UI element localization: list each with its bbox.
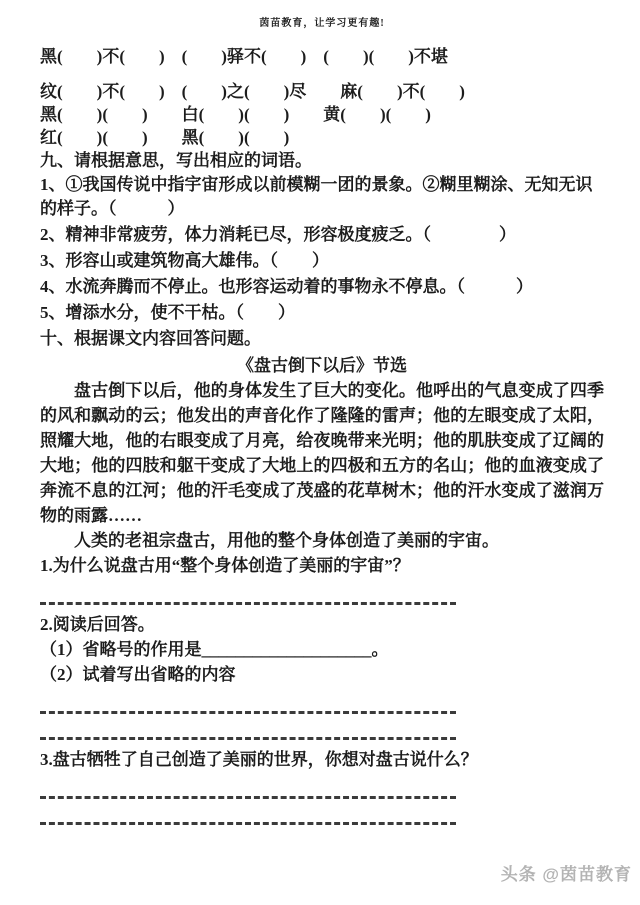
answer-line (40, 721, 456, 740)
fill-blank-line-1: 黑( )不( ) ( )驿不( ) ( )( )不堪 (40, 45, 604, 68)
definition-item-2: 2、精神非常疲劳，体力消耗已尽，形容极度疲乏。（ ） (40, 223, 604, 247)
answer-line (40, 806, 456, 825)
worksheet-page: 茵苗教育，让学习更有趣! 黑( )不( ) ( )驿不( ) ( )( )不堪 … (0, 0, 640, 825)
question-3: 3.盘古牺牲了自己创造了美丽的世界，你想对盘古说什么？ (40, 747, 604, 772)
definition-item-3: 3、形容山或建筑物高大雄伟。（ ） (40, 249, 604, 273)
answer-line (40, 586, 456, 605)
header-slogan: 茵苗教育，让学习更有趣! (40, 14, 604, 29)
question-1: 1.为什么说盘古用“整个身体创造了美丽的宇宙”？ (40, 553, 604, 578)
answer-line (40, 780, 456, 799)
question-2-sub-1: （1）省略号的作用是____________________。 (40, 637, 604, 662)
passage-closing: 人类的老祖宗盘古，用他的整个身体创造了美丽的宇宙。 (40, 528, 604, 553)
definition-item-5: 5、增添水分，使不干枯。（ ） (40, 301, 604, 325)
section-nine-heading: 九、请根据意思，写出相应的词语。 (40, 149, 604, 173)
passage-paragraph: 盘古倒下以后，他的身体发生了巨大的变化。他呼出的气息变成了四季的风和飘动的云；他… (40, 378, 604, 528)
question-2-sub-2: （2）试着写出省略的内容 (40, 662, 604, 687)
passage-title: 《盘古倒下以后》节选 (40, 353, 604, 378)
question-2: 2.阅读后回答。 (40, 612, 604, 637)
section-ten-heading: 十、根据课文内容回答问题。 (40, 327, 604, 351)
answer-line (40, 695, 456, 714)
fill-blank-line-3: 黑( )( ) 白( )( ) 黄( )( ) (40, 103, 604, 126)
watermark: 头条 @茵苗教育 (501, 860, 632, 885)
definition-item-1: 1、①我国传说中指宇宙形成以前模糊一团的景象。②糊里糊涂、无知无识的样子。（ ） (40, 173, 604, 221)
definition-item-4: 4、水流奔腾而不停止。也形容运动着的事物永不停息。（ ） (40, 275, 604, 299)
fill-blank-line-4: 红( )( ) 黑( )( ) (40, 126, 604, 149)
fill-blank-line-2: 纹( )不( ) ( )之( )尽 麻( )不( ) (40, 80, 604, 103)
